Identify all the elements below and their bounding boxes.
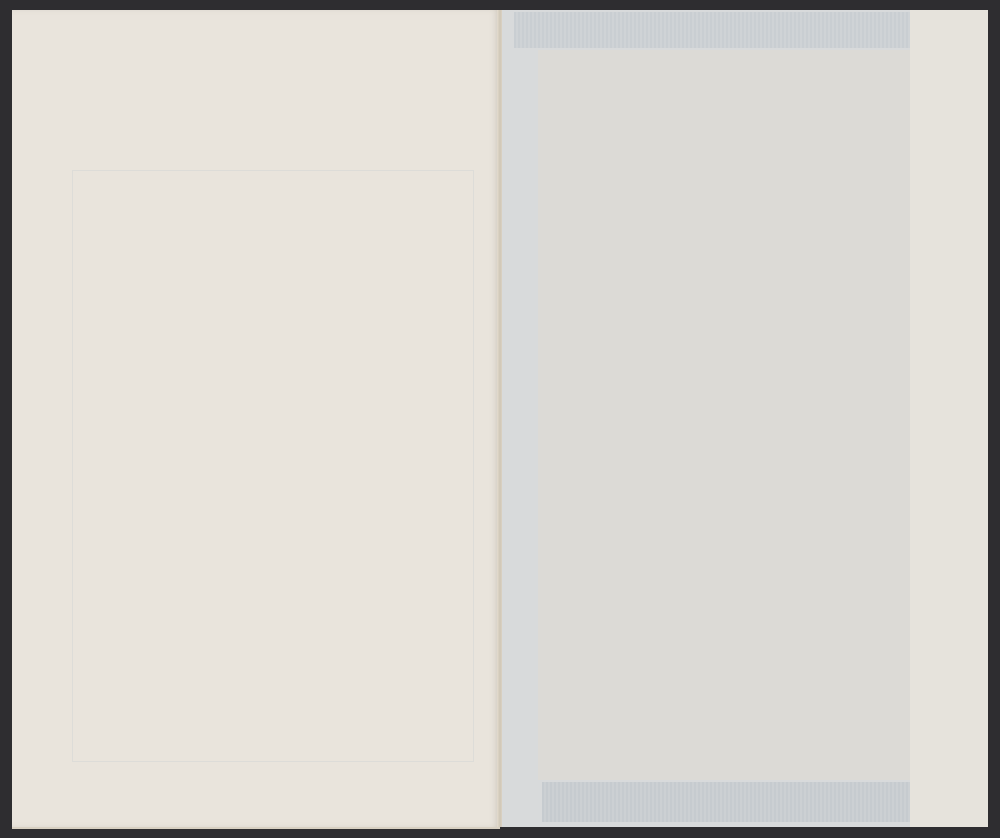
left-page-faint-frame [72, 170, 474, 762]
right-page-margin [910, 10, 988, 827]
right-page-top-band [514, 12, 910, 48]
right-page-inner-area [538, 50, 910, 780]
right-page-bottom-band [542, 782, 910, 822]
left-page [12, 10, 500, 829]
right-page [502, 10, 988, 827]
